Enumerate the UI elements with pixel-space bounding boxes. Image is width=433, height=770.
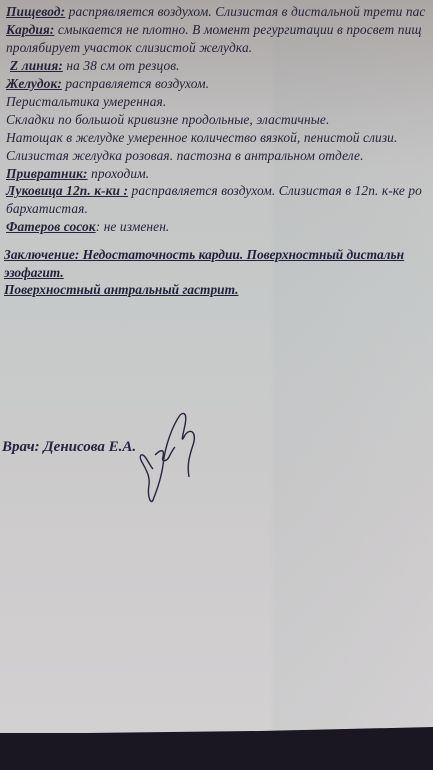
finding-text: расправляется воздухом. Слизистая в 12п.… xyxy=(128,183,422,198)
finding-label: Фатеров сосок xyxy=(6,219,96,234)
finding-text: расправляется воздухом. xyxy=(62,76,209,91)
signature-icon xyxy=(125,405,215,505)
finding-label: Кардия: xyxy=(6,22,54,37)
finding-label: Привратник: xyxy=(6,166,88,181)
finding-text: распрявляется воздухом. Слизистая в дист… xyxy=(65,4,425,19)
finding-cardia: Кардия: смыкается не плотно. В момент ре… xyxy=(6,22,422,38)
finding-label: Луковица 12п. к-ки : xyxy=(6,183,128,198)
finding-cardia-cont: пролябирует участок слизистой желудка. xyxy=(6,40,252,56)
finding-text: пролябирует участок слизистой желудка. xyxy=(6,40,252,55)
finding-duodenal-bulb-cont: бархатистая. xyxy=(6,201,88,217)
finding-text: проходим. xyxy=(88,166,150,181)
finding-text: бархатистая. xyxy=(6,201,88,216)
finding-peristalsis: Перистальтика умеренная. xyxy=(6,94,166,110)
finding-mucus: Натощак в желудке умеренное количество в… xyxy=(6,130,397,146)
finding-label: Z линия: xyxy=(10,58,63,73)
finding-pylorus: Привратник: проходим. xyxy=(6,166,149,182)
finding-mucosa: Слизистая желудка розовая. пастозна в ан… xyxy=(6,148,364,164)
finding-text: Перистальтика умеренная. xyxy=(6,94,166,109)
conclusion-line-3: Поверхностный антральный гастрит. xyxy=(4,282,239,298)
finding-esophagus: Пищевод: распрявляется воздухом. Слизист… xyxy=(6,4,425,20)
finding-duodenal-bulb: Луковица 12п. к-ки : расправляется возду… xyxy=(6,183,422,199)
document-page: Пищевод: распрявляется воздухом. Слизист… xyxy=(0,0,433,733)
finding-text: Слизистая желудка розовая. пастозна в ан… xyxy=(6,148,364,163)
finding-z-line: Z линия: на 38 см от резцов. xyxy=(10,58,180,74)
finding-vater-papilla: Фатеров сосок: не изменен. xyxy=(6,219,169,235)
finding-label: Пищевод: xyxy=(6,4,65,19)
finding-label: Желудок: xyxy=(6,76,62,91)
finding-folds: Складки по большой кривизне продольные, … xyxy=(6,112,329,128)
finding-text: : не изменен. xyxy=(96,219,170,234)
doctor-name: Врач: Денисова Е.А. xyxy=(2,439,136,456)
finding-text: на 38 см от резцов. xyxy=(63,58,180,73)
conclusion-line-2: эзофагит. xyxy=(4,265,64,281)
finding-stomach: Желудок: расправляется воздухом. xyxy=(6,76,209,92)
finding-text: Натощак в желудке умеренное количество в… xyxy=(6,130,397,145)
finding-text: Складки по большой кривизне продольные, … xyxy=(6,112,329,127)
conclusion-line-1: Заключение: Недостаточность кардии. Пове… xyxy=(4,247,404,263)
finding-text: смыкается не плотно. В момент регургитац… xyxy=(54,22,421,37)
